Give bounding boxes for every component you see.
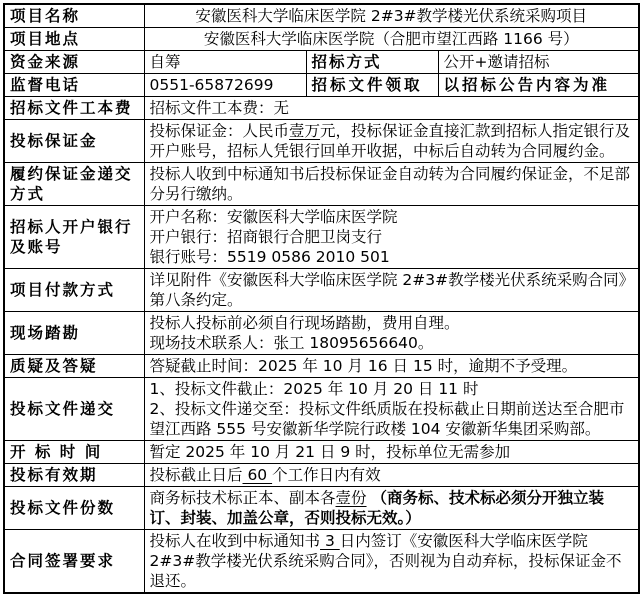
row-value-cell: 投标人收到中标通知书后投标保证金自动转为合同履约保证金，不足部分另行缴纳。 [144,163,639,206]
sub-header-cell: 招标方式 [306,51,438,74]
table-row: 投标有效期投标截止日后 60 个工作日内有效 [4,464,639,487]
text-line: 投标人在收到中标通知书 3 日内签订《安徽医科大学临床医学院 2#3#教学楼光伏… [150,531,634,591]
text-line: 现场技术联系人：张工 18095656640。 [150,333,634,353]
text-run: 壹份 [336,489,367,507]
row-label-cell: 招标文件工本费 [4,97,144,120]
text-run: 商务标技术标正本、副本各 [150,489,336,507]
row-value-cell: 0551-65872699 [144,74,306,97]
row-label-cell: 投标保证金 [4,120,144,163]
text-line: 招标方式 [312,52,433,72]
text-run: 安徽医科大学临床医学院 2#3#教学楼光伏系统采购项目 [195,7,587,25]
text-run: 开户名称：安徽医科大学临床医学院 [150,208,398,226]
row-label-cell: 监督电话 [4,74,144,97]
row-value-cell: 安徽医科大学临床医学院（合肥市望江西路 1166 号） [144,28,639,51]
text-line: 以招标公告内容为准 [444,75,634,95]
row-value-cell: 自筹 [144,51,306,74]
table-row: 招标文件工本费招标文件工本费：无 [4,97,639,120]
text-line: 暂定 2025 年 10 月 21 日 9 时，投标单位无需参加 [150,442,634,462]
text-run: 0551-65872699 [150,76,274,94]
row-value-cell: 详见附件《安徽医科大学临床医学院 2#3#教学楼光伏系统采购合同》第八条约定。 [144,269,639,312]
text-run: 2、投标文件递交至：投标文件纸质版在投标截止日期前送达至合肥市望江西路 555 … [150,400,625,438]
text-run: 投标人在收到中标通知书 [150,532,321,550]
text-line: 答疑截止时间：2025 年 10 月 16 日 15 时，逾期不予受理。 [150,356,634,376]
table-row: 招标人开户银行及账号开户名称：安徽医科大学临床医学院开户银行：招商银行合肥卫岗支… [4,206,639,269]
row-label-cell: 质疑及答疑 [4,355,144,378]
text-run: 答疑截止时间：2025 年 10 月 16 日 15 时，逾期不予受理。 [150,357,578,375]
text-run: 银行账号：5519 0586 2010 501 [150,248,390,266]
row-value-cell: 公开+邀请招标 [438,51,639,74]
row-value-cell: 投标人投标前必须自行现场踏勘，费用自理。现场技术联系人：张工 180956566… [144,312,639,355]
table-row: 投标文件份数商务标技术标正本、副本各壹份 （商务标、技术标必须分开独立装订、封装… [4,487,639,530]
row-label-cell: 项目付款方式 [4,269,144,312]
row-value-cell: 答疑截止时间：2025 年 10 月 16 日 15 时，逾期不予受理。 [144,355,639,378]
text-line: 安徽医科大学临床医学院 2#3#教学楼光伏系统采购项目 [150,6,634,26]
sub-header-cell: 以招标公告内容为准 [438,74,639,97]
text-run: 招标方式 [312,53,382,71]
text-run: 1、投标文件截止：2025 年 10 月 20 日 11 时 [150,380,479,398]
row-label-cell: 现场踏勘 [4,312,144,355]
row-value-cell: 开户名称：安徽医科大学临床医学院开户银行：招商银行合肥卫岗支行银行账号：5519… [144,206,639,269]
text-line: 0551-65872699 [150,75,301,95]
text-run: 现场技术联系人：张工 18095656640。 [150,334,434,352]
row-value-cell: 投标保证金：人民币壹万元，投标保证金直接汇款到招标人指定银行及开户账号，招标人凭… [144,120,639,163]
row-label-cell: 开 标 时 间 [4,441,144,464]
text-line: 招标文件工本费：无 [150,98,634,118]
text-line: 1、投标文件截止：2025 年 10 月 20 日 11 时 [150,379,634,399]
row-label-cell: 合同签署要求 [4,530,144,594]
text-line: 公开+邀请招标 [444,52,634,72]
text-run: 60 [243,466,273,484]
text-run: 个工作日内有效 [272,466,381,484]
text-line: 投标截止日后 60 个工作日内有效 [150,465,634,485]
row-value-cell: 投标人在收到中标通知书 3 日内签订《安徽医科大学临床医学院 2#3#教学楼光伏… [144,530,639,594]
sub-header-cell: 招标文件领取 [306,74,438,97]
text-line: 开户银行：招商银行合肥卫岗支行 [150,227,634,247]
text-line: 投标保证金：人民币壹万元，投标保证金直接汇款到招标人指定银行及开户账号，招标人凭… [150,121,634,161]
text-line: 投标人收到中标通知书后投标保证金自动转为合同履约保证金，不足部分另行缴纳。 [150,164,634,204]
text-line: 2、投标文件递交至：投标文件纸质版在投标截止日期前送达至合肥市望江西路 555 … [150,399,634,439]
text-run: 招标文件工本费：无 [150,99,290,117]
bid-info-table: 项目名称安徽医科大学临床医学院 2#3#教学楼光伏系统采购项目项目地点安徽医科大… [3,3,640,594]
row-value-cell: 招标文件工本费：无 [144,97,639,120]
table-row: 现场踏勘投标人投标前必须自行现场踏勘，费用自理。现场技术联系人：张工 18095… [4,312,639,355]
text-line: 投标人投标前必须自行现场踏勘，费用自理。 [150,313,634,333]
row-value-cell: 1、投标文件截止：2025 年 10 月 20 日 11 时2、投标文件递交至：… [144,378,639,441]
text-run: 投标人收到中标通知书后投标保证金自动转为合同履约保证金，不足部分另行缴纳。 [150,165,631,203]
table-row: 项目地点安徽医科大学临床医学院（合肥市望江西路 1166 号） [4,28,639,51]
row-label-cell: 项目地点 [4,28,144,51]
text-line: 招标文件领取 [312,75,433,95]
table-row: 质疑及答疑答疑截止时间：2025 年 10 月 16 日 15 时，逾期不予受理… [4,355,639,378]
text-line: 安徽医科大学临床医学院（合肥市望江西路 1166 号） [150,29,634,49]
text-run: 投标人投标前必须自行现场踏勘，费用自理。 [150,314,460,332]
table-row: 投标保证金投标保证金：人民币壹万元，投标保证金直接汇款到招标人指定银行及开户账号… [4,120,639,163]
text-run: 以招标公告内容为准 [444,76,611,94]
text-run: 投标保证金：人民币 [150,122,290,140]
row-label-cell: 招标人开户银行及账号 [4,206,144,269]
table-row: 投标文件递交1、投标文件截止：2025 年 10 月 20 日 11 时2、投标… [4,378,639,441]
text-run: 3 [320,532,340,550]
row-label-cell: 投标文件递交 [4,378,144,441]
table-row: 履约保证金递交方式投标人收到中标通知书后投标保证金自动转为合同履约保证金，不足部… [4,163,639,206]
text-run: 开户银行：招商银行合肥卫岗支行 [150,228,383,246]
row-value-cell: 安徽医科大学临床医学院 2#3#教学楼光伏系统采购项目 [144,4,639,28]
row-label-cell: 履约保证金递交方式 [4,163,144,206]
bid-table-body: 项目名称安徽医科大学临床医学院 2#3#教学楼光伏系统采购项目项目地点安徽医科大… [4,4,639,593]
text-line: 自筹 [150,52,301,72]
text-run: 详见附件《安徽医科大学临床医学院 2#3#教学楼光伏系统采购合同》第八条约定。 [150,271,627,309]
text-run: 公开+邀请招标 [444,53,550,71]
row-label-cell: 资金来源 [4,51,144,74]
row-value-cell: 商务标技术标正本、副本各壹份 （商务标、技术标必须分开独立装订、封装、加盖公章，… [144,487,639,530]
text-line: 详见附件《安徽医科大学临床医学院 2#3#教学楼光伏系统采购合同》第八条约定。 [150,270,634,310]
row-label-cell: 投标文件份数 [4,487,144,530]
text-run: 壹万 [289,122,320,140]
row-value-cell: 投标截止日后 60 个工作日内有效 [144,464,639,487]
table-row: 合同签署要求投标人在收到中标通知书 3 日内签订《安徽医科大学临床医学院 2#3… [4,530,639,594]
table-row: 资金来源自筹招标方式公开+邀请招标 [4,51,639,74]
text-run: 暂定 2025 年 10 月 21 日 9 时，投标单位无需参加 [150,443,511,461]
table-row: 开 标 时 间暂定 2025 年 10 月 21 日 9 时，投标单位无需参加 [4,441,639,464]
text-line: 开户名称：安徽医科大学临床医学院 [150,207,634,227]
row-label-cell: 投标有效期 [4,464,144,487]
text-run: 招标文件领取 [312,76,423,94]
row-value-cell: 暂定 2025 年 10 月 21 日 9 时，投标单位无需参加 [144,441,639,464]
row-label-cell: 项目名称 [4,4,144,28]
text-line: 商务标技术标正本、副本各壹份 （商务标、技术标必须分开独立装订、封装、加盖公章，… [150,488,634,528]
table-row: 项目付款方式详见附件《安徽医科大学临床医学院 2#3#教学楼光伏系统采购合同》第… [4,269,639,312]
table-row: 监督电话0551-65872699招标文件领取以招标公告内容为准 [4,74,639,97]
document-page: 项目名称安徽医科大学临床医学院 2#3#教学楼光伏系统采购项目项目地点安徽医科大… [0,0,643,595]
text-run: 安徽医科大学临床医学院（合肥市望江西路 1166 号） [204,30,579,48]
text-run: 投标截止日后 [150,466,243,484]
table-row: 项目名称安徽医科大学临床医学院 2#3#教学楼光伏系统采购项目 [4,4,639,28]
text-line: 银行账号：5519 0586 2010 501 [150,247,634,267]
text-run: 自筹 [150,53,181,71]
